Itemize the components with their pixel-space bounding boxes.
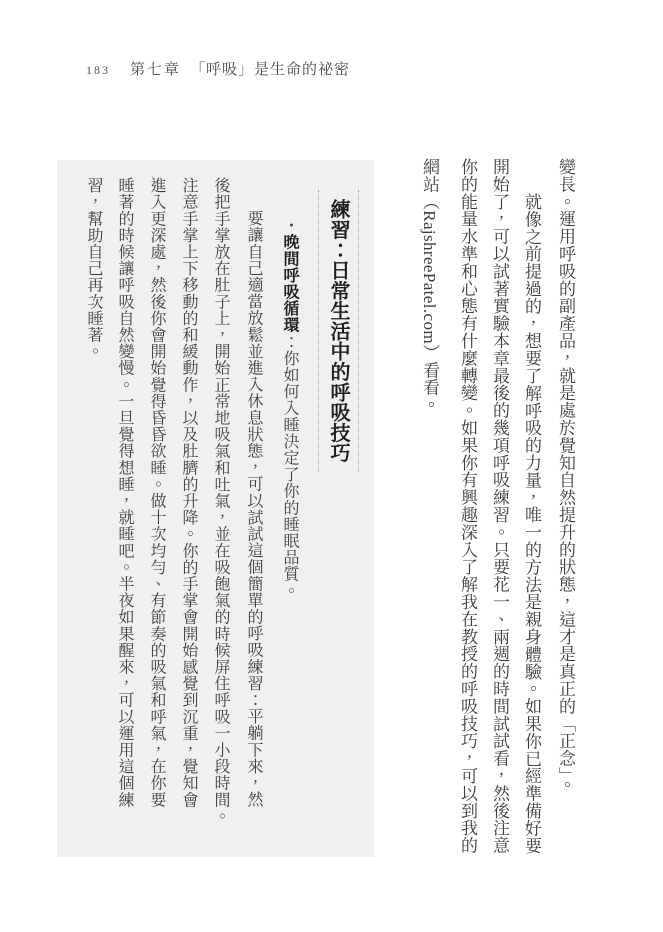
chapter-title: 「呼吸」是生命的祕密: [190, 58, 350, 79]
body-text-column-website: 網站（RajshreePatel.com）看看。: [417, 158, 442, 888]
practice-body-column-5: 睡著的時候讓呼吸自然變慢。一旦覺得想睡，就睡吧。半夜如果醒來，可以運用這個練: [113, 177, 136, 849]
practice-body-column-4: 進入更深處，然後你會開始覺得昏昏欲睡。做十次均勻、有節奏的吸氣和呼氣，在你要: [145, 177, 168, 849]
practice-box: 練習：日常生活中的呼吸技巧 ・晚間呼吸循環：你如何入睡決定了你的睡眠品質。 要讓…: [57, 160, 374, 857]
body-text-column-3: 開始了，可以試著實驗本章最後的幾項呼吸練習。只要花一、兩週的時間試試看，然後注意: [487, 158, 512, 888]
practice-body-column-2: 後把手掌放在肚子上，開始正常地吸氣和吐氣，並在吸飽氣的時候屏住呼吸一小段時間。: [209, 177, 232, 849]
page-number: 183: [86, 63, 110, 78]
practice-body-column-1: 要讓自己適當放鬆並進入休息狀態，可以試試這個簡單的呼吸練習：平躺下來，然: [242, 177, 265, 849]
practice-box-title: 練習：日常生活中的呼吸技巧: [324, 199, 353, 463]
body-text-column-2: 就像之前提過的，想要了解呼吸的力量，唯一的方法是親身體驗。如果你已經準備好要: [519, 158, 544, 888]
technique-name: 晚間呼吸循環: [281, 234, 298, 334]
body-text-column-4: 你的能量水準和心態有什麼轉變。如果你有興趣深入了解我在教授的呼吸技巧，可以到我的: [455, 158, 480, 888]
body-text-column-1: 變長。運用呼吸的副產品，就是處於覺知自然提升的狀態，這才是真正的「正念」。: [553, 158, 578, 888]
practice-body-column-3: 注意手掌上下移動的和緩動作，以及肚臍的升降。你的手掌會開始感覺到沉重，覺知會: [177, 177, 200, 849]
practice-box-title-frame: 練習：日常生活中的呼吸技巧: [318, 190, 359, 472]
bullet-mark: ・: [281, 217, 298, 234]
chapter-label: 第七章: [130, 58, 181, 79]
practice-body-column-6: 習，幫助自己再次睡著。: [82, 177, 105, 849]
book-page: 183 第七章 「呼吸」是生命的祕密 變長。運用呼吸的副產品，就是處於覺知自然提…: [0, 0, 663, 932]
running-header: 183 第七章 「呼吸」是生命的祕密: [86, 58, 350, 79]
technique-heading-column: ・晚間呼吸循環：你如何入睡決定了你的睡眠品質。: [278, 177, 301, 849]
technique-intro: ：你如何入睡決定了你的睡眠品質。: [281, 333, 298, 599]
